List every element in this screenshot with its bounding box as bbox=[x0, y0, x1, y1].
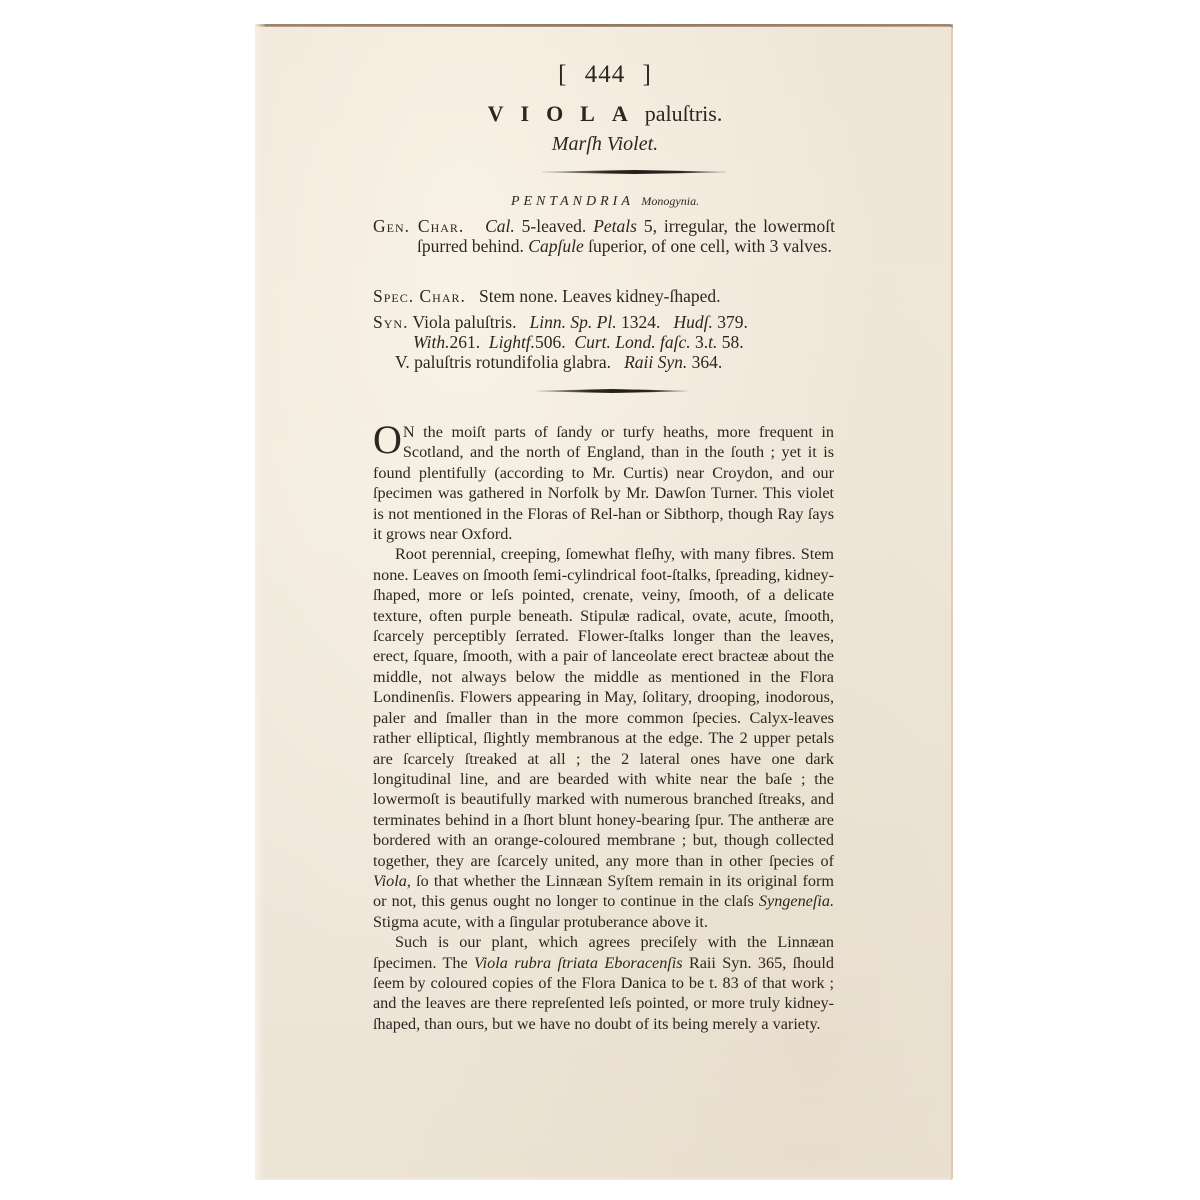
class-name: PENTANDRIA bbox=[511, 194, 634, 209]
common-name: Marſh Violet. bbox=[376, 133, 834, 156]
synonym-line: With.261. Lightf.506. Curt. Lond. faſc. … bbox=[373, 332, 835, 352]
italic-term: Viola rubra ſtriata Eboracenſis bbox=[474, 954, 683, 972]
synonym-line: V. paluſtris rotundifolia glabra. Raii S… bbox=[373, 352, 835, 372]
paragraph-habitat: ON the moiſt parts of ſandy or turfy hea… bbox=[373, 422, 834, 544]
synonym-reference: With. bbox=[413, 332, 449, 352]
synonyms: Syn. Viola paluſtris. Linn. Sp. Pl. 1324… bbox=[373, 312, 835, 372]
synonym-reference: Raii Syn. bbox=[624, 352, 687, 372]
divider-rule bbox=[537, 389, 687, 393]
paragraph-remarks: Such is our plant, which agrees preciſel… bbox=[373, 932, 834, 1034]
synonym-reference: Linn. Sp. Pl. bbox=[530, 312, 617, 332]
generic-character-label: Gen. Char. bbox=[373, 216, 464, 236]
gen-char-text: Cal. bbox=[485, 216, 515, 236]
synonym-number: 261. bbox=[449, 332, 480, 352]
paragraph-text: Stigma acute, with a ſingular protuberan… bbox=[373, 913, 708, 931]
gen-char-text: Capſule bbox=[528, 236, 583, 256]
page-number: [ 444 ] bbox=[376, 61, 834, 89]
synonym-name: V. paluſtris rotundifolia glabra. bbox=[395, 352, 611, 372]
gen-char-text: 5-leaved. bbox=[515, 216, 593, 236]
book-page: [ 444 ] VIOLApaluſtris. Marſh Violet. PE… bbox=[255, 24, 953, 1180]
description-body: ON the moiſt parts of ſandy or turfy hea… bbox=[373, 422, 834, 1034]
generic-character: Gen. Char. Cal. 5-leaved. Petals 5, irre… bbox=[373, 216, 835, 256]
first-word: N bbox=[403, 423, 415, 441]
synonym-line: Syn. Viola paluſtris. Linn. Sp. Pl. 1324… bbox=[373, 312, 835, 332]
synonym-number: 379. bbox=[717, 312, 748, 332]
order-name: Monogynia. bbox=[641, 194, 699, 208]
gen-char-text: ſuperior, of one cell, with 3 valves. bbox=[584, 236, 832, 256]
synonym-number: 3. bbox=[695, 332, 708, 352]
synonym-reference: Hudſ. bbox=[673, 312, 712, 332]
page-top-edge bbox=[255, 24, 953, 27]
synonym-reference: Curt. Lond. faſc. bbox=[574, 332, 690, 352]
italic-term: Syngeneſia. bbox=[759, 892, 834, 910]
synonym-reference: Lightf. bbox=[489, 332, 535, 352]
linnaean-classification: PENTANDRIA Monogynia. bbox=[376, 194, 834, 210]
synonym-reference: t. bbox=[708, 332, 717, 352]
synonym-number: 364. bbox=[692, 352, 723, 372]
specific-character-label: Spec. Char. bbox=[373, 286, 466, 306]
paragraph-description: Root perennial, creeping, ſomewhat fleſh… bbox=[373, 544, 834, 932]
synonym-name: Viola paluſtris. bbox=[413, 312, 517, 332]
page-title: VIOLApaluſtris. bbox=[376, 101, 834, 127]
synonym-number: 506. bbox=[535, 332, 566, 352]
paragraph-text: the moiſt parts of ſandy or turfy heaths… bbox=[373, 423, 834, 543]
drop-cap: O bbox=[373, 424, 402, 456]
specific-character-text: Stem none. Leaves kidney-ſhaped. bbox=[479, 286, 721, 306]
synonyms-label: Syn. bbox=[373, 312, 408, 332]
divider-rule bbox=[542, 170, 726, 174]
synonym-number: 1324. bbox=[621, 312, 660, 332]
gen-char-text: Petals bbox=[593, 216, 637, 236]
page-left-edge bbox=[255, 24, 265, 1180]
specific-character: Spec. Char. Stem none. Leaves kidney-ſha… bbox=[373, 286, 835, 306]
synonym-number: 58. bbox=[722, 332, 744, 352]
italic-term: Viola bbox=[373, 872, 407, 890]
species-name: paluſtris. bbox=[645, 101, 723, 126]
paragraph-text: Root perennial, creeping, ſomewhat fleſh… bbox=[373, 545, 834, 869]
genus-name: VIOLA bbox=[488, 101, 645, 126]
